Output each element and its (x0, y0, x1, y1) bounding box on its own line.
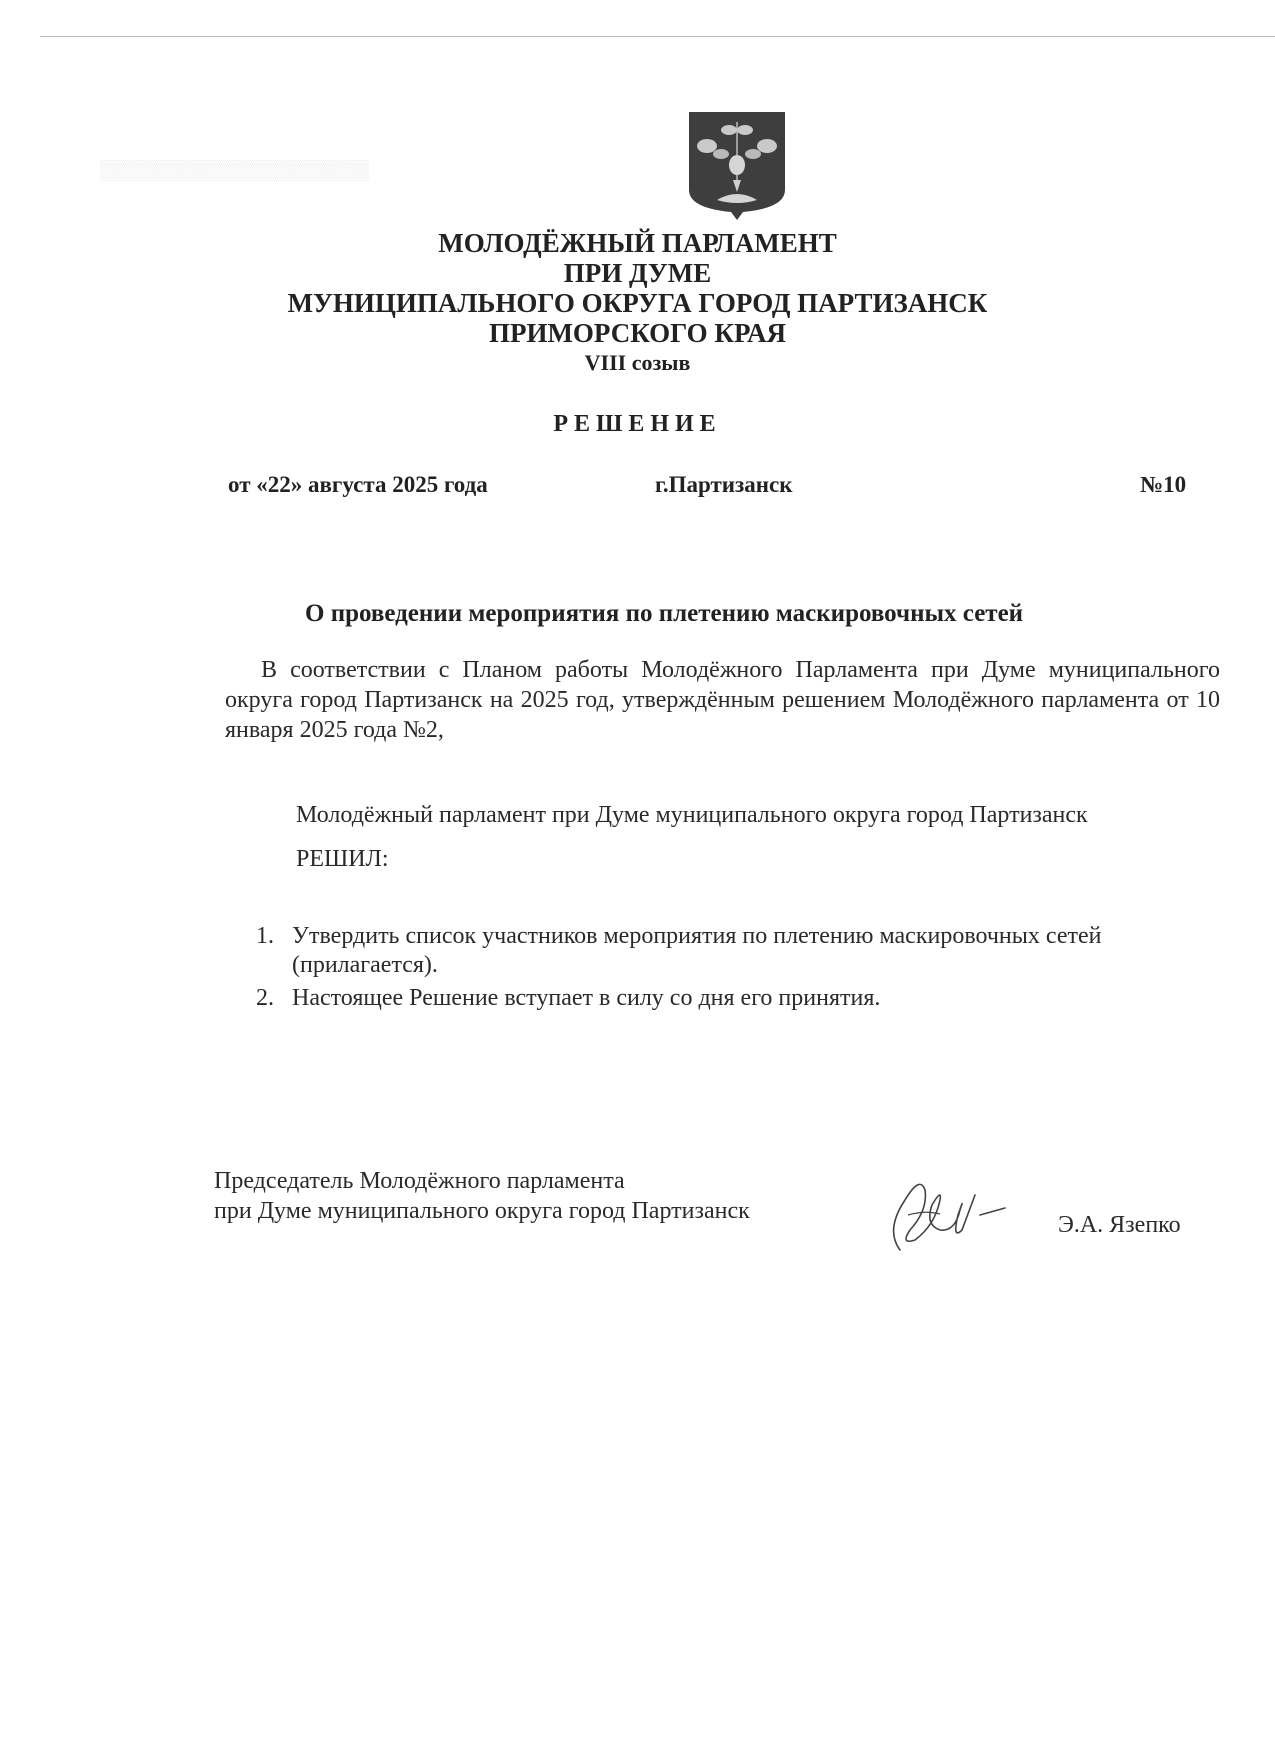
item-number: 1. (256, 922, 274, 951)
document-number: №10 (1140, 472, 1186, 498)
convocation: VIII созыв (0, 348, 1275, 378)
document-subject: О проведении мероприятия по плетению мас… (305, 600, 1023, 628)
body-line: Молодёжный парламент при Думе муниципаль… (296, 802, 1088, 829)
list-item: 2. Настоящее Решение вступает в силу со … (256, 984, 1216, 1013)
scan-edge-line (40, 36, 1275, 37)
coat-of-arms-icon (687, 110, 787, 220)
header-line: ПРИ ДУМЕ (0, 258, 1275, 288)
resolved-label: РЕШИЛ: (296, 846, 389, 873)
header-line: МОЛОДЁЖНЫЙ ПАРЛАМЕНТ (0, 228, 1275, 258)
signatory-name: Э.А. Язепко (1058, 1212, 1181, 1239)
item-text: Утвердить список участников мероприятия … (292, 923, 1101, 978)
item-text: Настоящее Решение вступает в силу со дня… (292, 985, 880, 1011)
handwritten-signature-icon (880, 1170, 1020, 1260)
item-number: 2. (256, 984, 274, 1013)
document-date: от «22» августа 2025 года (228, 472, 488, 498)
issuer-header: МОЛОДЁЖНЫЙ ПАРЛАМЕНТ ПРИ ДУМЕ МУНИЦИПАЛЬ… (0, 228, 1275, 378)
preamble: В соответствии с Планом работы Молодёжно… (225, 655, 1220, 745)
document-city: г.Партизанск (655, 472, 792, 498)
signatory-title: Председатель Молодёжного парламента при … (214, 1166, 750, 1226)
list-item: 1. Утвердить список участников мероприят… (256, 922, 1216, 980)
header-line: МУНИЦИПАЛЬНОГО ОКРУГА ГОРОД ПАРТИЗАНСК (0, 288, 1275, 318)
signatory-title-line: Председатель Молодёжного парламента (214, 1166, 750, 1196)
header-line: ПРИМОРСКОГО КРАЯ (0, 318, 1275, 348)
resolution-items: 1. Утвердить список участников мероприят… (256, 922, 1216, 1017)
bleed-through-texture: ▒▒▒▒▒▒▒▒▒▒▒▒▒▒▒▒▒▒▒▒ (100, 160, 369, 182)
document-type: РЕШЕНИЕ (0, 411, 1275, 438)
signatory-title-line: при Думе муниципального округа город Пар… (214, 1196, 750, 1226)
